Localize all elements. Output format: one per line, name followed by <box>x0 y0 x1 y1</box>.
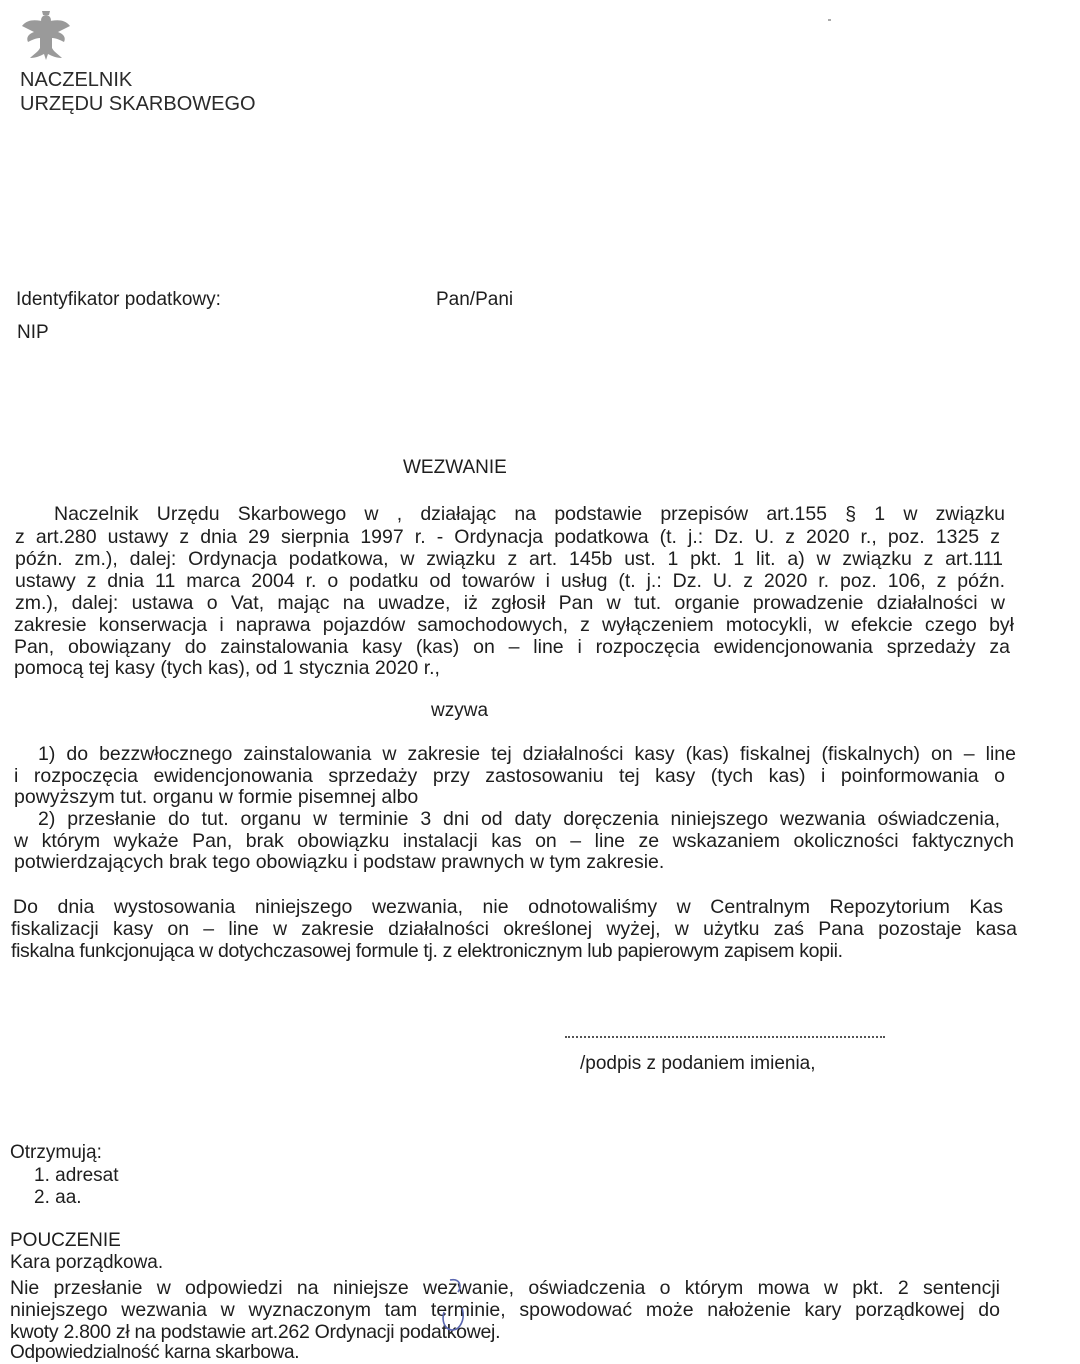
tax-id-label: Identyfikator podatkowy: <box>16 289 221 311</box>
issuer-line-1: NACZELNIK <box>20 69 132 91</box>
nip-label: NIP <box>17 322 49 344</box>
intro-line: z art.280 ustawy z dnia 29 sierpnia 1997… <box>15 526 1000 549</box>
instruction-line: niniejszego wezwania w wyznaczonym tam t… <box>10 1299 1000 1322</box>
finding-line: fiskalna funkcjonująca w dotychczasowej … <box>11 940 843 963</box>
instruction-line: Nie przesłanie w odpowiedzi na niniejsze… <box>10 1277 1000 1300</box>
document-title: WEZWANIE <box>403 457 507 479</box>
demand-line: potwierdzających brak tego obowiązku i p… <box>14 851 664 874</box>
demand-line: w którym wykaże Pan, brak obowiązku inst… <box>14 830 1014 853</box>
intro-line: pomocą tej kasy (tych kas), od 1 styczni… <box>14 657 440 680</box>
instruction-subheading: Kara porządkowa. <box>10 1252 163 1274</box>
instruction-line: kwoty 2.800 zł na podstawie art.262 Ordy… <box>10 1321 500 1344</box>
recipient-item: 1. adresat <box>34 1165 119 1187</box>
demand-line: 2) przesłanie do tut. organu w terminie … <box>38 808 1000 831</box>
finding-line: fiskalizacji kasy on – line w zakresie d… <box>11 918 1017 941</box>
finding-line: Do dnia wystosowania niniejszego wezwani… <box>13 896 1003 919</box>
instruction-heading: POUCZENIE <box>10 1230 121 1252</box>
issuer-line-2: URZĘDU SKARBOWEGO <box>20 93 256 115</box>
instruction-footer: Odpowiedzialność karna skarbowa. <box>10 1342 299 1364</box>
addressee: Pan/Pani <box>436 289 513 311</box>
demand-line: powyższym tut. organu w formie pisemnej … <box>14 786 418 809</box>
signature-caption: /podpis z podaniem imienia, <box>580 1053 816 1075</box>
recipients-label: Otrzymują: <box>10 1142 102 1164</box>
intro-line: Naczelnik Urzędu Skarbowego w , działają… <box>54 503 1005 526</box>
intro-line: zm.), dalej: ustawa o Vat, mając na uwad… <box>15 592 1005 615</box>
pen-mark <box>438 1272 468 1342</box>
demand-line: 1) do bezzwłocznego zainstalowania w zak… <box>38 743 1016 766</box>
intro-line: Pan, obowiązany do zainstalowania kasy (… <box>14 636 1010 659</box>
signature-line <box>565 1036 885 1038</box>
intro-line: późn. zm.), dalej: Ordynacja podatkowa, … <box>15 548 1003 571</box>
demand-line: i rozpoczęcia ewidencjonowania sprzedaży… <box>14 765 1005 788</box>
intro-line: ustawy z dnia 11 marca 2004 r. o podatku… <box>15 570 1005 593</box>
recipient-item: 2. aa. <box>34 1187 82 1209</box>
intro-line: zakresie konserwacja i naprawa pojazdów … <box>14 614 1014 637</box>
calls-label: wzywa <box>431 700 488 722</box>
polish-eagle-emblem-icon <box>20 8 72 64</box>
scan-artifact <box>828 19 831 21</box>
